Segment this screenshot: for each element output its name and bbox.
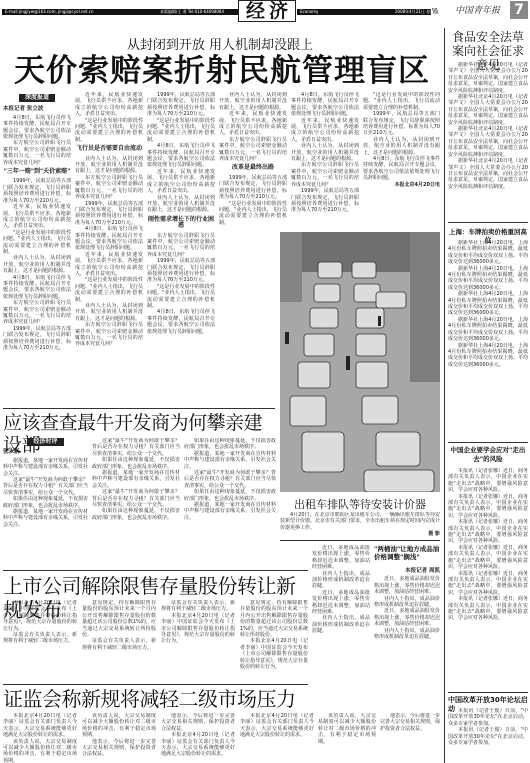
- paragraph: 如果任由这种现象蔓延，不仅损害政府部门形象，也会扰乱市场秩序。: [184, 489, 276, 502]
- paragraph: 如果任由这种现象蔓延，不仅损害政府部门形象，也会扰乱市场秩序。: [3, 496, 88, 509]
- paragraph: 东方航空公司辞职飞行员案件中，航空公司索赔金额动辄数百万元，一名飞行员的培养成本…: [147, 233, 215, 259]
- paragraph: "这是行业发展中的阶段性问题。"业内人士指出，飞行员流动需要建立合理的补偿机制。: [147, 284, 215, 310]
- caption-paragraph: 4月20日，在北京市朝阳区某出租车公司，一辆辆出租车排队等待安装新型计价器。北京…: [280, 512, 440, 531]
- paper-logo: 中国青年报: [455, 3, 500, 16]
- paragraph: 据新华社北京4月20日电（记者邹声文）全国人大常委会办公厅20日公布食品安全法草…: [448, 126, 528, 158]
- opinion-top-rule: [3, 408, 275, 409]
- paragraph: 业内人士认为，从封闭到开放，航空业的用人机制并没有跟上，这才是问题的根源。: [75, 303, 143, 322]
- paragraph: 近年来，民航业快速发展，飞行员供不应求，各地新成立的航空公司纷纷高薪挖人，矛盾日…: [219, 111, 287, 137]
- paragraph: 证监会有关负责人表示，新规将有利于减轻二级市场压力。: [161, 600, 235, 613]
- brief-byline: 本报记者 周凯: [374, 568, 440, 574]
- story3-column-1: 本报北京4月20日电（记者李丽）证监会有关部门负责人今天表示，大宗交易系统能够更…: [3, 713, 77, 763]
- paragraph: 近年来，民航业快速发展，飞行员供不应求，各地新成立的航空公司纷纷高薪挖人，矛盾日…: [75, 252, 143, 278]
- paragraph: 4月8日，东航飞行员停飞事件持续发酵，民航局召开专题会议，要求各航空公司依法依规…: [147, 309, 215, 335]
- paragraph: 本报讯（记者王俊）日前，"中国改革开放30年论坛"在北京启动，众多专家学者参加。: [448, 727, 528, 746]
- paragraph: 据新华社北京4月20日电（记者邹声文）全国人大常委会办公厅20日公布食品安全法草…: [448, 158, 528, 190]
- paragraph: 据新华社上海4月20日电，上海4月份私车牌照拍卖结果揭晓，最低成交价和平均成交价…: [448, 291, 528, 317]
- paragraph: 业内人士认为，从封闭到开放，航空业的用人机制并没有跟上，这才是问题的根源。: [219, 92, 287, 111]
- paragraph: 如果任由这种现象蔓延，不仅损害政府部门形象，也会扰乱市场秩序。: [184, 438, 276, 451]
- photo-caption-text: 4月20日，在北京市朝阳区某出租车公司，一辆辆出租车排队等待安装新型计价器。北京…: [280, 512, 440, 536]
- story3-column-4: 本报北京4月20日电（记者李丽）证监会有关部门负责人今天表示，大宗交易系统能够更…: [240, 713, 314, 763]
- paragraph: 他表示，今后将进一步完善大宗交易相关规则，保护投资者合法权益。: [82, 739, 156, 758]
- paragraph: 业内人士指出，成品油价格形成机制改革迫在眉睫。: [374, 628, 440, 641]
- paragraph: 如果任由这种现象蔓延，不仅损害政府部门形象，也会扰乱市场秩序。: [92, 457, 180, 470]
- sidebar-item-2-body: 据新华社上海4月20日电，上海4月份私车牌照拍卖结果揭晓，最低成交价和平均成交价…: [448, 240, 528, 438]
- paragraph: 据新华社上海4月20日电，上海4月份私车牌照拍卖结果揭晓，最低成交价和平均成交价…: [448, 240, 528, 266]
- paragraph: "这是行业发展中的阶段性问题。"业内人士指出，飞行员流动需要建立合理的补偿机制。: [75, 118, 143, 144]
- paragraph: 4月8日，东航飞行员停飞事件持续发酵，民航局召开专题会议，要求各航空公司依法依规…: [363, 156, 440, 182]
- lead-tag: 深度报道: [19, 94, 55, 102]
- paragraph: 据报道，某地一家开发商在宣传材料中声称与建设部有亲缘关系，引发社会关注。: [92, 470, 180, 489]
- lead-column-3: 1999年，民航总局等五部门联合发布规定，飞行员辞职须按照培养费用进行补偿，标准…: [147, 92, 215, 404]
- paragraph: 本报北京4月20日电（记者李丽）证监会有关部门负责人今天表示，大宗交易系统能够更…: [3, 713, 77, 739]
- page-number: 7: [510, 1, 528, 19]
- paragraph: 本报讯（记者王俊）日前，"中国改革开放30年论坛"在北京启动，众多专家学者参加。: [448, 708, 528, 727]
- lead-column-1: 深度报道 本报记者 张立波 4月8日，东航飞行员停飞事件持续发酵，民航局召开专题…: [3, 92, 71, 404]
- photo-bottom-rule: [280, 540, 440, 541]
- paragraph: 本报讯（记者张娜）近日，商务部有关负责人表示，中国企业在实施"走出去"战略中，要…: [448, 468, 528, 494]
- subhead: 飞行员是否需要自由流动: [75, 146, 143, 152]
- paragraph: 1999年，民航总局等五部门联合发布规定，飞行员辞职须按照培养费用进行补偿，标准…: [291, 188, 359, 214]
- paragraph: 1999年，民航总局等五部门联合发布规定，飞行员辞职须按照培养费用进行补偿，标准…: [3, 326, 71, 352]
- brief-right-column: 本报记者 周凯 近日，多地成品油批发价格出现上涨，零售价格却迟迟未调整，加油站经…: [374, 566, 440, 680]
- subhead: 刚性需求增长下的行业困惑: [147, 217, 215, 230]
- paragraph: 意见规定，持有解除限售存量股份的股东预计未来一个月内公开出售解除限售存量股份的数…: [240, 600, 308, 638]
- paragraph: 1999年，民航总局等五部门联合发布规定，飞行员辞职须按照培养费用进行补偿，标准…: [363, 111, 440, 137]
- paragraph: 本报讯（记者张娜）近日，商务部有关负责人表示，中国企业在实施"走出去"战略中，要…: [448, 596, 528, 622]
- story2-column-1: 本报北京4月20日电（记者李丽）中国证监会今天发布《上市公司解除限售存量股份转让…: [3, 600, 77, 680]
- paragraph: 本报讯（记者张娜）近日，商务部有关负责人表示，中国企业在实施"走出去"战略中，要…: [448, 519, 528, 545]
- sidebar-item-3-title: 中国企业要学会应对"走出去"的风险: [448, 446, 528, 464]
- lead-column-2: 近年来，民航业快速发展，飞行员供不应求，各地新成立的航空公司纷纷高薪挖人，矛盾日…: [75, 92, 143, 404]
- paragraph: 业内人士认为，从封闭到开放，航空业的用人机制并没有跟上，这才是问题的根源。: [75, 156, 143, 175]
- paragraph: 如果任由这种现象蔓延，不仅损害政府部门形象，也会扰乱市场秩序。: [92, 508, 180, 521]
- paragraph: 本报北京4月20日电（记者李丽）中国证监会今天发布《上市公司解除限售存量股份转让…: [240, 638, 308, 670]
- paragraph: 东方航空公司辞职飞行员案件中，航空公司索赔金额动辄数百万元，一名飞行员的培养成本…: [3, 140, 71, 166]
- paragraph: 该负责人说，大宗交易制度可以减少大额股份转让对二级市场价格的冲击，有利于稳定市场…: [82, 713, 156, 739]
- paragraph: 本报讯（记者张娜）近日，商务部有关负责人表示，中国企业在实施"走出去"战略中，要…: [448, 545, 528, 571]
- story2-top-rule: [3, 570, 308, 571]
- opinion-column-2: 这家"最牛"开发商为何敢于攀亲？背后是否存在权力寻租？有关部门应当尽快查清事实，…: [92, 438, 180, 566]
- story2-column-3: 证监会有关负责人表示，新规将有利于减轻二级市场压力。 本报北京4月20日电（记者…: [161, 600, 235, 680]
- paragraph: 近日，多地成品油批发价格出现上涨，零售价格却迟迟未调整，加油站经营困难。: [312, 590, 370, 616]
- paragraph: 1999年，民航总局等五部门联合发布规定，飞行员辞职须按照培养费用进行补偿，标准…: [219, 175, 287, 201]
- paragraph: 4月8日，东航飞行员停飞事件持续发酵，民航局召开专题会议，要求各航空公司依法依规…: [3, 115, 71, 141]
- paragraph: 4月8日，东航飞行员停飞事件持续发酵，民航局召开专题会议，要求各航空公司依法依规…: [147, 143, 215, 169]
- paragraph: 这家"最牛"开发商为何敢于攀亲？背后是否存在权力寻租？有关部门应当尽快查清事实，…: [92, 489, 180, 508]
- paragraph: 本报讯（记者张娜）近日，商务部有关负责人表示，中国企业在实施"走出去"战略中，要…: [448, 494, 528, 520]
- paragraph: 1999年，民航总局等五部门联合发布规定，飞行员辞职须按照培养费用进行补偿，标准…: [75, 201, 143, 227]
- story3-title: 证监会称新规将减轻二级市场压力: [3, 687, 333, 711]
- paragraph: 东方航空公司辞职飞行员案件中，航空公司索赔金额动辄数百万元，一名飞行员的培养成本…: [75, 175, 143, 201]
- taxi-queue-photo: [280, 232, 440, 492]
- paragraph: 据报道，某地一家开发商在宣传材料中声称与建设部有亲缘关系，引发社会关注。: [3, 458, 88, 477]
- paragraph: 东方航空公司辞职飞行员案件中，航空公司索赔金额动辄数百万元，一名飞行员的培养成本…: [291, 162, 359, 188]
- paragraph: 业内人士指出，成品油价格形成机制改革迫在眉睫。: [312, 615, 370, 634]
- opinion-column-3: 如果任由这种现象蔓延，不仅损害政府部门形象，也会扰乱市场秩序。 据报道，某地一家…: [184, 438, 276, 566]
- story3-column-2: 该负责人说，大宗交易制度可以减少大额股份转让对二级市场价格的冲击，有利于稳定市场…: [82, 713, 156, 763]
- paragraph: 本报讯（记者张娜）近日，商务部有关负责人表示，中国企业在实施"走出去"战略中，要…: [448, 571, 528, 597]
- paragraph: 这家"最牛"开发商为何敢于攀亲？背后是否存在权力寻租？有关部门应当尽快查清事实，…: [92, 438, 180, 457]
- brief-title: "两桶油"让地方成品油价格调整"搁浅": [374, 545, 440, 561]
- subhead: "三年一赔"到"天价索赔": [3, 169, 71, 175]
- lead-column-4: 业内人士认为，从封闭到开放，航空业的用人机制并没有跟上，这才是问题的根源。 近年…: [219, 92, 287, 227]
- paragraph: "这是行业发展中的阶段性问题。"业内人士指出，飞行员流动需要建立合理的补偿机制。: [75, 277, 143, 303]
- editor-line: 本版编辑/王 勇 Tel:010-64098084: [160, 9, 224, 15]
- paragraph: 这家"最牛"开发商为何敢于攀亲？背后是否存在权力寻租？有关部门应当尽快查清事实，…: [184, 470, 276, 489]
- paragraph: "这是行业发展中的阶段性问题。"业内人士指出，飞行员流动需要建立合理的补偿机制。: [3, 230, 71, 256]
- paragraph: 1999年，民航总局等五部门联合发布规定，飞行员辞职须按照培养费用进行补偿，标准…: [147, 92, 215, 118]
- paragraph: 1999年，民航总局等五部门联合发布规定，飞行员辞职须按照培养费用进行补偿，标准…: [3, 178, 71, 204]
- paragraph: 意见规定，持有解除限售存量股份的股东预计未来一个月内公开出售解除限售存量股份的数…: [82, 600, 156, 638]
- lead-byline: 本报记者 张立波: [3, 106, 71, 112]
- paragraph: 该负责人说，大宗交易制度可以减少大额股份转让对二级市场价格的冲击，有利于稳定市场…: [3, 739, 77, 763]
- paragraph: 近日，多地成品油批发价格出现上涨，零售价格却迟迟未调整，加油站经营困难。: [312, 545, 370, 571]
- story3-top-rule: [3, 684, 308, 685]
- paragraph: 业内人士认为，从封闭到开放，航空业的用人机制并没有跟上，这才是问题的根源。: [291, 143, 359, 162]
- story3-column-3: 他表示，今后将进一步完善大宗交易相关规则，保护投资者合法权益。 本报北京4月20…: [161, 713, 235, 763]
- paragraph: 据新华社上海4月20日电，上海4月份私车牌照拍卖结果揭晓，最低成交价和平均成交价…: [448, 343, 528, 369]
- lead-title: 天价索赔案折射民航管理盲区: [4, 54, 440, 88]
- paragraph: 近日，多地成品油批发价格出现上涨，零售价格却迟迟未调整，加油站经营困难。: [374, 608, 440, 627]
- paragraph: 近年来，民航业快速发展，飞行员供不应求，各地新成立的航空公司纷纷高薪挖人，矛盾日…: [3, 204, 71, 230]
- paragraph: 近年来，民航业快速发展，飞行员供不应求，各地新成立的航空公司纷纷高薪挖人，矛盾日…: [147, 169, 215, 195]
- paragraph: 本报北京4月20日电（记者李丽）证监会有关部门负责人今天表示，大宗交易系统能够更…: [161, 732, 235, 758]
- paragraph: 本报北京4月20日电（记者李丽）证监会有关部门负责人今天表示，大宗交易系统能够更…: [240, 713, 314, 739]
- story2-column-2: 意见规定，持有解除限售存量股份的股东预计未来一个月内公开出售解除限售存量股份的数…: [82, 600, 156, 680]
- taxi-photo-image: [280, 232, 440, 492]
- paragraph: 证监会有关负责人表示，新规将有利于减轻二级市场压力。: [82, 638, 156, 651]
- section-title-box: 经 济: [238, 0, 296, 22]
- opinion-column-1: 经济时评 张永新 据报道，某地一家开发商在宣传材料中声称与建设部有亲缘关系，引发…: [3, 438, 88, 566]
- lead-subtitle: 从封闭到开放 用人机制却没跟上: [0, 34, 440, 53]
- paragraph: 业内人士认为，从封闭到开放，航空业的用人机制并没有跟上，这才是问题的根源。: [3, 255, 71, 274]
- paragraph: "这是行业发展中的阶段性问题。"业内人士指出，飞行员流动需要建立合理的补偿机制。: [147, 118, 215, 144]
- paragraph: 近年来，民航业快速发展，飞行员供不应求，各地新成立的航空公司纷纷高薪挖人，矛盾日…: [75, 92, 143, 118]
- paragraph: 该负责人说，大宗交易制度可以减少大额股份转让对二级市场价格的冲击，有利于稳定市场…: [318, 713, 376, 745]
- paragraph: 据报道，某地一家开发商在宣传材料中声称与建设部有亲缘关系，引发社会关注。: [184, 502, 276, 521]
- brief-left-column: 近日，多地成品油批发价格出现上涨，零售价格却迟迟未调整，加油站经营困难。 业内人…: [312, 545, 370, 680]
- subhead: 改革是最终出路: [219, 165, 287, 171]
- paragraph: 近日，多地成品油批发价格出现上涨，零售价格却迟迟未调整，加油站经营困难。: [374, 576, 440, 595]
- sidebar-divider: [444, 28, 445, 763]
- paragraph: 业内人士认为，从封闭到开放，航空业的用人机制并没有跟上，这才是问题的根源。: [147, 195, 215, 214]
- story3-column-6: 他表示，今后将进一步完善大宗交易相关规则，保护投资者合法权益。: [380, 713, 440, 763]
- paragraph: 4月8日，东航飞行员停飞事件持续发酵，民航局召开专题会议，要求各航空公司依法依规…: [291, 92, 359, 118]
- paragraph: 东方航空公司辞职飞行员案件中，航空公司索赔金额动辄数百万元，一名飞行员的培养成本…: [219, 137, 287, 163]
- photo-caption-title: 出租车排队等待安装计价器: [280, 496, 440, 512]
- paragraph: 业内人士指出，成品油价格形成机制改革迫在眉睫。: [374, 596, 440, 609]
- paragraph: 4月8日，东航飞行员停飞事件持续发酵，民航局召开专题会议，要求各航空公司依法依规…: [75, 226, 143, 252]
- paragraph: "这是行业发展中的阶段性问题。"业内人士指出，飞行员流动需要建立合理的补偿机制。: [219, 201, 287, 227]
- paragraph: 据报道，某地一家开发商在宣传材料中声称与建设部有亲缘关系，引发社会关注。: [184, 451, 276, 470]
- section-char-2: 济: [269, 1, 288, 21]
- paragraph: 他表示，今后将进一步完善大宗交易相关规则，保护投资者合法权益。: [161, 713, 235, 732]
- paragraph: 他表示，今后将进一步完善大宗交易相关规则，保护投资者合法权益。: [380, 713, 440, 732]
- sidebar-item-4-body: 本报讯（记者王俊）日前，"中国改革开放30年论坛"在北京启动，众多专家学者参加。…: [448, 708, 528, 763]
- sidebar-rule-1: [448, 222, 528, 223]
- sidebar-item-1-body: 据新华社北京4月20日电（记者邹声文）全国人大常委会办公厅20日公布食品安全法草…: [448, 62, 528, 220]
- paragraph: 这家"最牛"开发商为何敢于攀亲？背后是否存在权力寻租？有关部门应当尽快查清事实，…: [3, 477, 88, 496]
- opinion-tag: 经济时评: [27, 438, 63, 446]
- paragraph: 据新华社上海4月20日电，上海4月份私车牌照拍卖结果揭晓，最低成交价和平均成交价…: [448, 317, 528, 343]
- story2-column-4: 意见规定，持有解除限售存量股份的股东预计未来一个月内公开出售解除限售存量股份的数…: [240, 600, 308, 680]
- paragraph: 4月8日，东航飞行员停飞事件持续发酵，民航局召开专题会议，要求各航空公司依法依规…: [3, 275, 71, 301]
- sidebar-rule-3: [448, 692, 528, 693]
- paragraph: 东方航空公司辞职飞行员案件中，航空公司索赔金额动辄数百万元，一名飞行员的培养成本…: [3, 300, 71, 326]
- paragraph: 业内人士认为，从封闭到开放，航空业的用人机制并没有跟上，这才是问题的根源。: [363, 137, 440, 156]
- opinion-byline: 张永新: [3, 449, 88, 455]
- lead-column-6: "这是行业发展中的阶段性问题。"业内人士指出，飞行员流动需要建立合理的补偿机制。…: [363, 92, 440, 227]
- paragraph: "这是行业发展中的阶段性问题。"业内人士指出，飞行员流动需要建立合理的补偿机制。: [363, 92, 440, 111]
- paragraph: 据新华社上海4月20日电，上海4月份私车牌照拍卖结果揭晓，最低成交价和平均成交价…: [448, 266, 528, 292]
- paragraph: 据新华社北京4月20日电（记者邹声文）全国人大常委会办公厅20日公布食品安全法草…: [448, 62, 528, 94]
- sidebar-item-3-body: 本报讯（记者张娜）近日，商务部有关负责人表示，中国企业在实施"走出去"战略中，要…: [448, 468, 528, 688]
- hatch-decoration: \\\\: [432, 7, 437, 15]
- lead-credit: 本报北京4月20日电: [363, 182, 440, 188]
- story3-column-5: 该负责人说，大宗交易制度可以减少大额股份转让对二级市场价格的冲击，有利于稳定市场…: [318, 713, 376, 763]
- paragraph: 近年来，民航业快速发展，飞行员供不应求，各地新成立的航空公司纷纷高薪挖人，矛盾日…: [291, 118, 359, 144]
- paragraph: 本报北京4月20日电（记者李丽）中国证监会今天发布《上市公司解除限售存量股份转让…: [161, 613, 235, 645]
- paragraph: 本报北京4月20日电（记者李丽）中国证监会今天发布《上市公司解除限售存量股份转让…: [3, 600, 77, 632]
- paragraph: 据新华社北京4月20日电（记者邹声文）全国人大常委会办公厅20日公布食品安全法草…: [448, 94, 528, 126]
- sidebar-rule-2: [448, 442, 528, 443]
- paragraph: 据报道，某地一家开发商在宣传材料中声称与建设部有亲缘关系，引发社会关注。: [3, 509, 88, 528]
- paragraph: 1999年，民航总局等五部门联合发布规定，飞行员辞职须按照培养费用进行补偿，标准…: [147, 258, 215, 284]
- photo-credit: 摄 影: [280, 531, 440, 536]
- paragraph: 东方航空公司辞职飞行员案件中，航空公司索赔金额动辄数百万元，一名飞行员的培养成本…: [75, 322, 143, 348]
- paragraph: 业内人士指出，成品油价格形成机制改革迫在眉睫。: [312, 571, 370, 590]
- lead-column-5: 4月8日，东航飞行员停飞事件持续发酵，民航局召开专题会议，要求各航空公司依法依规…: [291, 92, 359, 227]
- section-char-1: 经: [246, 1, 265, 21]
- paragraph: 证监会有关负责人表示，新规将有利于减轻二级市场压力。: [3, 632, 77, 645]
